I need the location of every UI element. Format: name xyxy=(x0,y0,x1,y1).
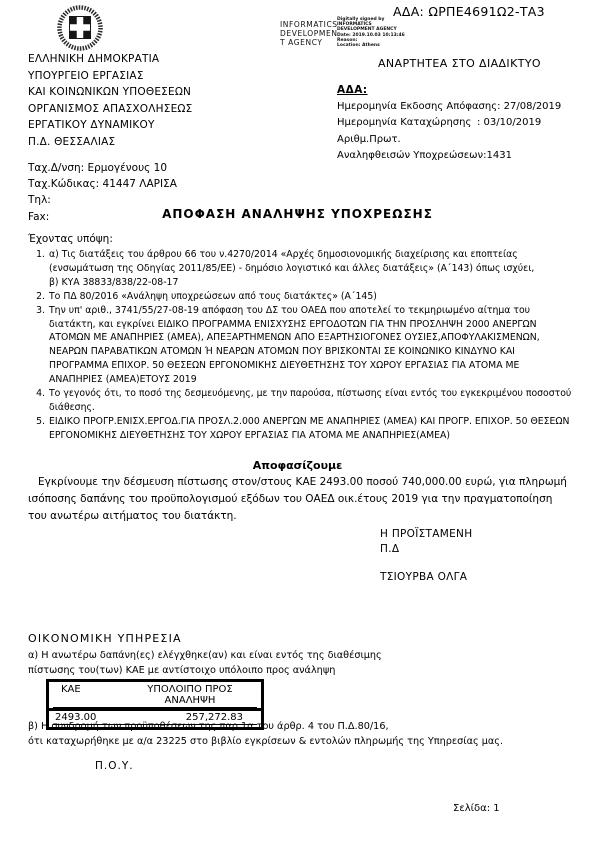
meta-label: Ημερομηνία Εκδοσης Απόφασης xyxy=(337,99,497,115)
column-header-balance: ΥΠΟΛΟΙΠΟ ΠΡΟΣ ΑΝΑΛΗΨΗ xyxy=(123,684,257,706)
registration-metadata: Ημερομηνία Εκδοσης Απόφασης : 27/08/2019… xyxy=(337,99,561,165)
signature-detail-line: Location: Athens xyxy=(337,43,427,48)
org-line: Π.Δ. ΘΕΣΣΑΛΙΑΣ xyxy=(28,134,192,151)
signature-block: Η ΠΡΟΪΣΤΑΜΕΝΗ Π.Δ ΤΣΙΟΥΡΒΑ ΟΛΓΑ xyxy=(380,528,472,583)
finance-note-a-line2: πίστωσης του(των) ΚΑΕ με αντίστοιχο υπόλ… xyxy=(28,665,335,676)
page-number: Σελίδα: 1 xyxy=(453,803,500,814)
list-item-text: Την υπ' αριθ., 3741/55/27-08-19 απόφαση … xyxy=(49,304,575,387)
meta-label: Αναληφθεισών Υποχρεώσεων: xyxy=(337,148,486,164)
document-page: ΑΔΑ: ΩΡΠΕ4691Ω2-ΤΑ3 INFORMATICS DEVELOPM… xyxy=(0,0,595,842)
meta-row-registration-date: Ημερομηνία Καταχώρησης : 03/10/2019 xyxy=(337,115,561,131)
signatory-role: Η ΠΡΟΪΣΤΑΜΕΝΗ xyxy=(380,528,472,540)
signer-agency-stamp: INFORMATICS DEVELOPMEN T AGENCY xyxy=(280,20,338,47)
list-item-part: Το γεγονός ότι, το ποσό της δεσμευόμενης… xyxy=(49,387,575,415)
decision-body: Εγκρίνουμε την δέσμευση πίστωσης στον/στ… xyxy=(28,474,570,525)
meta-label: Αριθμ.Πρωτ. xyxy=(337,132,477,148)
list-item-number: 4. xyxy=(30,387,45,415)
contact-line-postcode: Ταχ.Κώδικας: 41447 ΛΑΡΙΣΑ xyxy=(28,176,177,192)
ada-field-label: ΑΔΑ: xyxy=(337,84,368,96)
stamp-agency-line: T AGENCY xyxy=(280,38,338,47)
poy-signature-label: Π.Ο.Υ. xyxy=(95,760,134,772)
list-item-part: Το ΠΔ 80/2016 «Ανάληψη υποχρεώσεων από τ… xyxy=(49,290,575,304)
org-line: ΕΡΓΑΤΙΚΟΥ ΔΥΝΑΜΙΚΟΥ xyxy=(28,117,192,134)
list-item-text: Το ΠΔ 80/2016 «Ανάληψη υποχρεώσεων από τ… xyxy=(49,290,575,304)
anartitea-label: ΑΝΑΡΤΗΤΕΑ ΣΤΟ ΔΙΑΔΙΚΤΥΟ xyxy=(378,57,541,70)
list-item-text: ΕΙΔΙΚΟ ΠΡΟΓΡ.ΕΝΙΣΧ.ΕΡΓΟΔ.ΓΙΑ ΠΡΟΣΛ.2.000… xyxy=(49,415,575,443)
list-item-part: α) Τις διατάξεις του άρθρου 66 του ν.427… xyxy=(49,248,575,276)
org-line: ΚΑΙ ΚΟΙΝΩΝΙΚΩΝ ΥΠΟΘΕΣΕΩΝ xyxy=(28,84,192,101)
list-item-number: 2. xyxy=(30,290,45,304)
finance-note-a-line1: α) Η ανωτέρω δαπάνη(ες) ελέγχθηκε(αν) κα… xyxy=(28,650,382,661)
list-item-part: Την υπ' αριθ., 3741/55/27-08-19 απόφαση … xyxy=(49,304,575,387)
table-header-row: ΚΑΕ ΥΠΟΛΟΙΠΟ ΠΡΟΣ ΑΝΑΛΗΨΗ xyxy=(49,682,261,711)
list-item-part: ΕΙΔΙΚΟ ΠΡΟΓΡ.ΕΝΙΣΧ.ΕΡΓΟΔ.ΓΙΑ ΠΡΟΣΛ.2.000… xyxy=(49,415,575,443)
org-line: ΥΠΟΥΡΓΕΙΟ ΕΡΓΑΣΙΑΣ xyxy=(28,68,192,85)
list-item-number: 5. xyxy=(30,415,45,443)
column-header-kae: ΚΑΕ xyxy=(53,684,123,695)
finance-note-b-line1: β) Η συνδρομή των προϋποθέσεων της παρ.1… xyxy=(28,721,389,732)
list-item-text: α) Τις διατάξεις του άρθρου 66 του ν.427… xyxy=(49,248,575,290)
meta-value: : 03/10/2019 xyxy=(477,115,541,131)
meta-label: Ημερομηνία Καταχώρησης xyxy=(337,115,477,131)
stamp-agency-line: INFORMATICS xyxy=(280,20,338,29)
org-line: ΕΛΛΗΝΙΚΗ ΔΗΜΟΚΡΑΤΙΑ xyxy=(28,51,192,68)
greek-emblem-logo xyxy=(54,3,106,53)
finance-section-heading: ΟΙΚΟΝΟΜΙΚΗ ΥΠΗΡΕΣΙΑ xyxy=(28,632,182,645)
list-item: 3. Την υπ' αριθ., 3741/55/27-08-19 απόφα… xyxy=(30,304,575,387)
contact-line-address: Ταχ.Δ/νση: Ερμογένους 10 xyxy=(28,160,177,176)
list-item: 5. ΕΙΔΙΚΟ ΠΡΟΓΡ.ΕΝΙΣΧ.ΕΡΓΟΔ.ΓΙΑ ΠΡΟΣΛ.2.… xyxy=(30,415,575,443)
meta-row-obligations-number: Αναληφθεισών Υποχρεώσεων: 1431 xyxy=(337,148,561,164)
issuing-authority-block: ΕΛΛΗΝΙΚΗ ΔΗΜΟΚΡΑΤΙΑ ΥΠΟΥΡΓΕΙΟ ΕΡΓΑΣΙΑΣ Κ… xyxy=(28,51,192,151)
digital-signature-details: Digitally signed by INFORMATICS DEVELOPM… xyxy=(337,17,427,48)
decision-heading: Αποφασίζουμε xyxy=(0,459,595,472)
list-item: 1. α) Τις διατάξεις του άρθρου 66 του ν.… xyxy=(30,248,575,290)
list-item: 2. Το ΠΔ 80/2016 «Ανάληψη υποχρεώσεων απ… xyxy=(30,290,575,304)
finance-note-b-line2: ότι καταχωρήθηκε με α/α 23225 στο βιβλίο… xyxy=(28,736,503,747)
signatory-department: Π.Δ xyxy=(380,543,472,555)
list-item: 4. Το γεγονός ότι, το ποσό της δεσμευόμε… xyxy=(30,387,575,415)
stamp-agency-line: DEVELOPMEN xyxy=(280,29,338,38)
org-line: ΟΡΓΑΝΙΣΜΟΣ ΑΠΑΣΧΟΛΗΣΕΩΣ xyxy=(28,101,192,118)
meta-value: : 27/08/2019 xyxy=(497,99,561,115)
list-item-text: Το γεγονός ότι, το ποσό της δεσμευόμενης… xyxy=(49,387,575,415)
meta-row-issue-date: Ημερομηνία Εκδοσης Απόφασης : 27/08/2019 xyxy=(337,99,561,115)
having-regard-list: 1. α) Τις διατάξεις του άρθρου 66 του ν.… xyxy=(30,248,575,443)
list-item-number: 1. xyxy=(30,248,45,290)
signatory-name: ΤΣΙΟΥΡΒΑ ΟΛΓΑ xyxy=(380,571,472,583)
document-title: ΑΠΟΦΑΣΗ ΑΝΑΛΗΨΗΣ ΥΠΟΧΡΕΩΣΗΣ xyxy=(0,207,595,221)
meta-value: 1431 xyxy=(486,148,511,164)
list-item-number: 3. xyxy=(30,304,45,387)
table-header-line: ΚΑΕ ΥΠΟΛΟΙΠΟ ΠΡΟΣ ΑΝΑΛΗΨΗ xyxy=(53,684,257,708)
having-regard-label: Έχοντας υπόψη: xyxy=(28,233,113,245)
list-item-part: β) ΚΥΑ 38833/838/22-08-17 xyxy=(49,276,575,290)
meta-row-protocol-number: Αριθμ.Πρωτ. xyxy=(337,132,561,148)
